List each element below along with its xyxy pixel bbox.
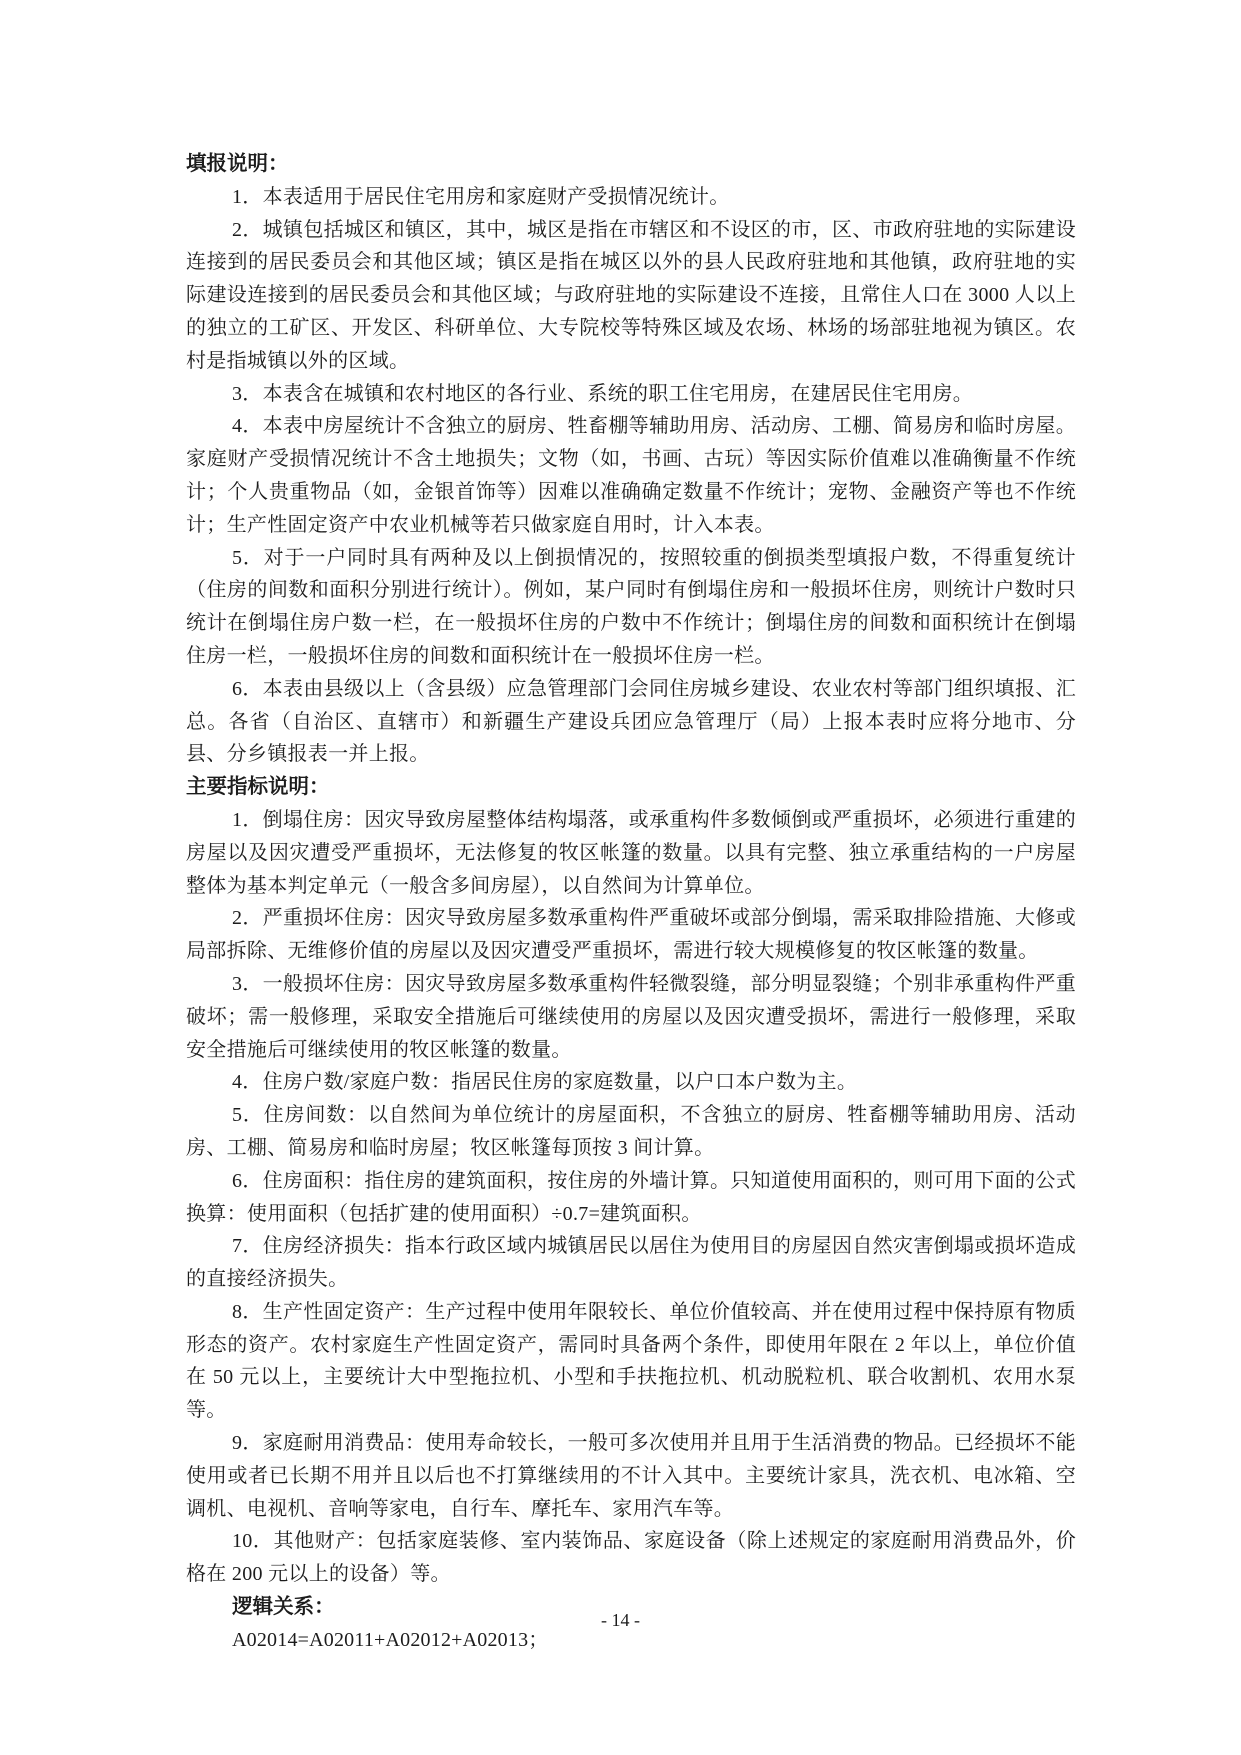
indicator-note-6: 6．住房面积：指住房的建筑面积，按住房的外墙计算。只知道使用面积的，则可用下面的… [186, 1165, 1076, 1231]
indicator-note-3: 3．一般损坏住房：因灾导致房屋多数承重构件轻微裂缝，部分明显裂缝；个别非承重构件… [186, 968, 1076, 1066]
indicator-note-1: 1．倒塌住房：因灾导致房屋整体结构塌落，或承重构件多数倾倒或严重损坏，必须进行重… [186, 804, 1076, 902]
document-body: 填报说明： 1．本表适用于居民住宅用房和家庭财产受损情况统计。 2．城镇包括城区… [186, 148, 1076, 1657]
indicator-note-4: 4．住房户数/家庭户数：指居民住房的家庭数量，以户口本户数为主。 [186, 1066, 1076, 1099]
filling-note-3: 3．本表含在城镇和农村地区的各行业、系统的职工住宅用房，在建居民住宅用房。 [186, 378, 1076, 411]
indicator-note-9: 9．家庭耐用消费品：使用寿命较长，一般可多次使用并且用于生活消费的物品。已经损坏… [186, 1427, 1076, 1525]
indicator-note-5: 5．住房间数：以自然间为单位统计的房屋面积，不含独立的厨房、牲畜棚等辅助用房、活… [186, 1099, 1076, 1165]
indicator-note-10: 10．其他财产：包括家庭装修、室内装饰品、家庭设备（除上述规定的家庭耐用消费品外… [186, 1525, 1076, 1591]
indicator-note-2: 2．严重损坏住房：因灾导致房屋多数承重构件严重破坏或部分倒塌，需采取排险措施、大… [186, 902, 1076, 968]
filling-note-4: 4．本表中房屋统计不含独立的厨房、牲畜棚等辅助用房、活动房、工棚、简易房和临时房… [186, 410, 1076, 541]
page-number: - 14 - [0, 1608, 1241, 1632]
filling-note-5: 5．对于一户同时具有两种及以上倒损情况的，按照较重的倒损类型填报户数，不得重复统… [186, 542, 1076, 673]
filling-note-6: 6．本表由县级以上（含县级）应急管理部门会同住房城乡建设、农业农村等部门组织填报… [186, 673, 1076, 771]
indicator-note-7: 7．住房经济损失：指本行政区域内城镇居民以居住为使用目的房屋因自然灾害倒塌或损坏… [186, 1230, 1076, 1296]
filling-note-2: 2．城镇包括城区和镇区，其中，城区是指在市辖区和不设区的市，区、市政府驻地的实际… [186, 214, 1076, 378]
filling-note-1: 1．本表适用于居民住宅用房和家庭财产受损情况统计。 [186, 181, 1076, 214]
indicator-note-8: 8．生产性固定资产：生产过程中使用年限较长、单位价值较高、并在使用过程中保持原有… [186, 1296, 1076, 1427]
heading-main-indicators: 主要指标说明： [186, 771, 1076, 804]
document-page: 填报说明： 1．本表适用于居民住宅用房和家庭财产受损情况统计。 2．城镇包括城区… [0, 0, 1241, 1755]
heading-filling-instructions: 填报说明： [186, 148, 1076, 181]
